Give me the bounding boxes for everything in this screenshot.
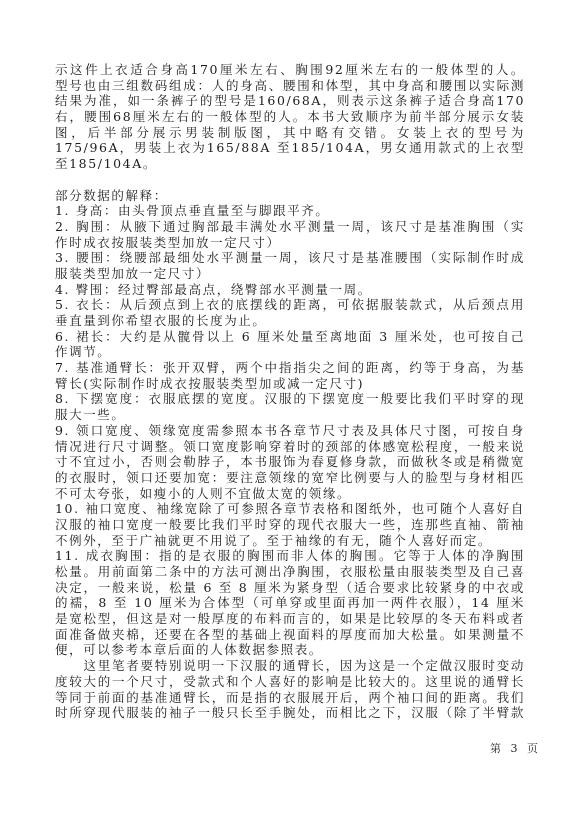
text-line: 寸不宜过小，否则会勒脖子，本书服饰为春夏修身款，而做秋冬或是稍微宽松 [55, 454, 525, 470]
text-line: 图，后半部分展示男装制版图，其中略有交错。女装上衣的型号为155/80A 至 [55, 125, 525, 141]
text-line: 5. 衣长：从后颈点到上衣的底摆线的距离，可依据服装款式，从后颈点用尺子 [55, 297, 525, 313]
item-4-hip: 4. 臀围：经过臀部最高点，绕臀部水平测量一周。 [55, 282, 525, 298]
text-line: 服大一些。 [55, 407, 525, 423]
text-line: 部分数据的解释： [55, 188, 525, 204]
text-line: 10. 袖口宽度、袖缘宽除了可参照各章节表格和图纸外，也可随个人喜好自定。 [55, 501, 525, 517]
text-line: 至185/104A。 [55, 156, 525, 172]
item-1-height: 1. 身高：由头骨顶点垂直量至与脚跟平齐。 [55, 203, 525, 219]
item-8-hem-width: 8. 下摆宽度：衣服底摆的宽度。汉服的下摆宽度一般要比我们平时穿的现代衣服大一些… [55, 391, 525, 422]
intro-paragraph: 示这件上衣适合身高170厘米左右、胸围92厘米左右的一般体型的人。裙、裤的型号也… [55, 62, 525, 172]
text-line: 结果为准，如一条裤子的型号是160/68A，则表示这条裤子适合身高170厘米左 [55, 93, 525, 109]
text-line: 6. 裙长：大约是从髋骨以上 6 厘米处量至离地面 3 厘米处，也可按自己喜好稍 [55, 329, 525, 345]
text-line: 不例外，至于广袖就更不用说了。至于袖缘的有无，随个人喜好而定。 [55, 533, 525, 549]
text-line: 情况进行尺寸调整。领口宽度影响穿着时的颈部的体感宽松程度，一般来说尺 [55, 439, 525, 455]
text-line: 等同于前面的基准通臂长，而是指的衣服展开后，两个袖口间的距离。我们平 [55, 690, 525, 706]
section-heading: 部分数据的解释： [55, 188, 525, 204]
item-5-garment-length: 5. 衣长：从后颈点到上衣的底摆线的距离，可依据服装款式，从后颈点用尺子垂直量到… [55, 297, 525, 328]
text-line: 决定，一般来说，松量 6 至 8 厘米为紧身型（适合要求比较紧身的中衣或单穿 [55, 580, 525, 596]
text-line: 度较大的一个尺寸，受款式和个人喜好的影响是比较大的。这里说的通臂长不 [55, 674, 525, 690]
closing-paragraph: 这里笔者要特别说明一下汉服的通臂长，因为这是一个定做汉服时变动幅度较大的一个尺寸… [55, 658, 525, 721]
text-line: 汉服的袖口宽度一般要比我们平时穿的现代衣服大一些，连那些直袖、箭袖也 [55, 517, 525, 533]
text-line: 右，腰围68厘米左右的一般体型的人。本书大致顺序为前半部分展示女装制版 [55, 109, 525, 125]
item-9-collar-width: 9. 领口宽度、领缘宽度需参照本书各章节尺寸表及具体尺寸图，可按自身实际情况进行… [55, 423, 525, 501]
scanned-book-page: 示这件上衣适合身高170厘米左右、胸围92厘米左右的一般体型的人。裙、裤的型号也… [0, 0, 580, 820]
text-line: 服装类型加放一定尺寸） [55, 266, 525, 282]
item-7-arm-span: 7. 基准通臂长：张开双臂，两个中指指尖之间的距离，约等于身高，为基准通臂长(实… [55, 360, 525, 391]
item-11-finished-bust: 11. 成衣胸围：指的是衣服的胸围而非人体的胸围。它等于人体的净胸围+衣服松量。… [55, 548, 525, 658]
text-line: 是宽松型，但这是对一般厚度的布料而言的，如果是比较厚的冬天布料或者里 [55, 611, 525, 627]
text-line: 垂直量到你希望衣服的长度为止。 [55, 313, 525, 329]
text-line: 这里笔者要特别说明一下汉服的通臂长，因为这是一个定做汉服时变动幅 [55, 658, 525, 674]
text-line: 不可太夸张，如瘦小的人则不宜做太宽的领缘。 [55, 486, 525, 502]
text-line: 7. 基准通臂长：张开双臂，两个中指指尖之间的距离，约等于身高，为基准通 [55, 360, 525, 376]
text-line: 作调节。 [55, 344, 525, 360]
text-line: 型号也由三组数码组成：人的身高、腰围和体型，其中身高和腰围以实际测量 [55, 78, 525, 94]
paragraph-gap [55, 172, 525, 188]
text-line: 示这件上衣适合身高170厘米左右、胸围92厘米左右的一般体型的人。裙、裤的 [55, 62, 525, 78]
text-line: 时所穿现代服装的袖子一般只长至手腕处，而相比之下，汉服（除了半臂款式 [55, 705, 525, 721]
text-line: 便，可以参考本章后面的人体数据参照表。 [55, 642, 525, 658]
text-line: 作时成衣按服装类型加放一定尺寸） [55, 235, 525, 251]
text-line: 臂长(实际制作时成衣按服装类型加或减一定尺寸) [55, 376, 525, 392]
item-10-cuff-width: 10. 袖口宽度、袖缘宽除了可参照各章节表格和图纸外，也可随个人喜好自定。汉服的… [55, 501, 525, 548]
text-line: 1. 身高：由头骨顶点垂直量至与脚跟平齐。 [55, 203, 525, 219]
item-3-waist: 3. 腰围：绕腰部最细处水平测量一周，该尺寸是基准腰围（实际制作时成衣按服装类型… [55, 250, 525, 281]
text-line: 的襦，8 至 10 厘米为合体型（可单穿或里面再加一两件衣服），14 厘米以上算 [55, 595, 525, 611]
item-2-bust: 2. 胸围：从腋下通过胸部最丰满处水平测量一周，该尺寸是基准胸围（实际制作时成衣… [55, 219, 525, 250]
text-line: 9. 领口宽度、领缘宽度需参照本书各章节尺寸表及具体尺寸图，可按自身实际 [55, 423, 525, 439]
text-line: 3. 腰围：绕腰部最细处水平测量一周，该尺寸是基准腰围（实际制作时成衣按 [55, 250, 525, 266]
text-line: 2. 胸围：从腋下通过胸部最丰满处水平测量一周，该尺寸是基准胸围（实际制 [55, 219, 525, 235]
text-line: 的衣服时，领口还要加宽：要注意领缘的宽窄比例要与人的脸型与身材相匹配， [55, 470, 525, 486]
text-line: 4. 臀围：经过臀部最高点，绕臀部水平测量一周。 [55, 282, 525, 298]
text-line: 松量。用前面第二条中的方法可测出净胸围，衣服松量由服装类型及自己喜好 [55, 564, 525, 580]
page-content: 示这件上衣适合身高170厘米左右、胸围92厘米左右的一般体型的人。裙、裤的型号也… [55, 62, 525, 721]
text-line: 面准备做夹棉，还要在各型的基础上视面料的厚度而加大松量。如果测量不方 [55, 627, 525, 643]
page-number: 第 3 页 [490, 740, 541, 756]
text-line: 8. 下摆宽度：衣服底摆的宽度。汉服的下摆宽度一般要比我们平时穿的现代衣 [55, 391, 525, 407]
text-line: 11. 成衣胸围：指的是衣服的胸围而非人体的胸围。它等于人体的净胸围+衣服 [55, 548, 525, 564]
text-blocks: 示这件上衣适合身高170厘米左右、胸围92厘米左右的一般体型的人。裙、裤的型号也… [55, 62, 525, 721]
text-line: 175/96A，男装上衣为165/88A 至185/104A，男女通用款式的上衣… [55, 140, 525, 156]
item-6-skirt-length: 6. 裙长：大约是从髋骨以上 6 厘米处量至离地面 3 厘米处，也可按自己喜好稍… [55, 329, 525, 360]
